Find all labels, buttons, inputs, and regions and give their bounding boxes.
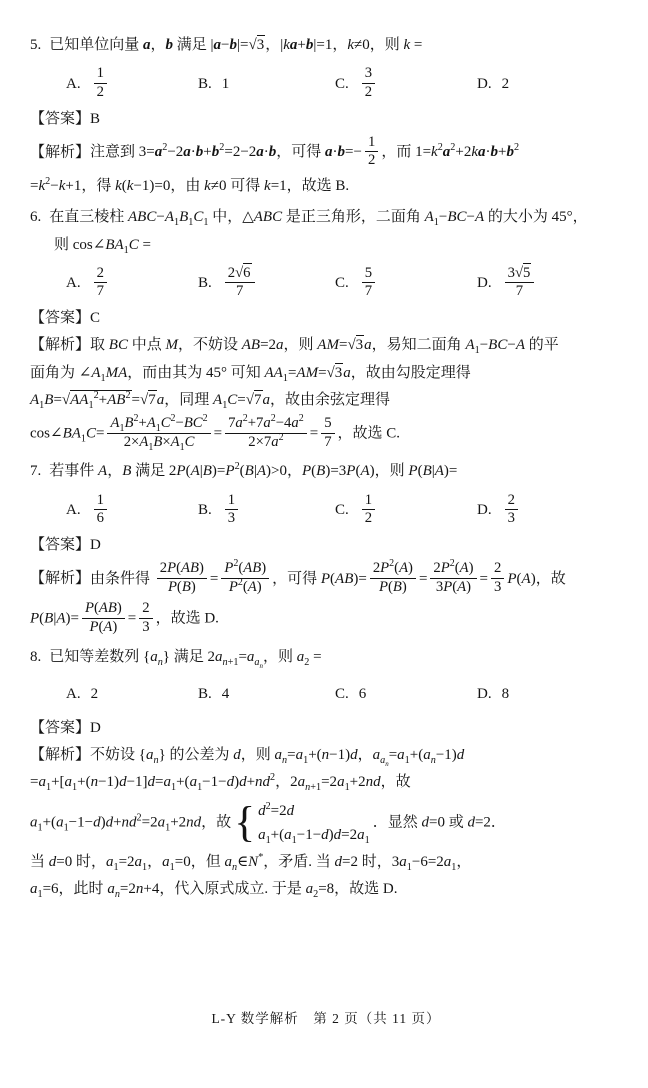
question-stem-text: 在直三棱柱 ABC−A1B1C1 中，△ABC 是正三角形，二面角 A1−BC−… <box>49 206 587 229</box>
option-value: 16 <box>91 493 110 529</box>
option-label: D. <box>477 683 492 706</box>
option-value: 8 <box>502 683 510 706</box>
option-d: D.23 <box>477 493 622 529</box>
option-value: 13 <box>222 493 241 529</box>
option-value: 23 <box>502 493 521 529</box>
option-d: D.8 <box>477 683 622 706</box>
question-8-analysis: 【解析】不妨设 {an} 的公差为 d，则 an=a1+(n−1)d，aan=a… <box>30 744 622 901</box>
option-d: D.3√57 <box>477 266 622 302</box>
analysis-text: 注意到 3=a2−2a·b+b2=2−2a·b，可得 a·b=−12，而 1=k… <box>90 144 519 160</box>
answer-value: D <box>90 537 101 553</box>
option-value: 3√57 <box>502 266 538 302</box>
question-5-stem: 5. 已知单位向量 a，b 满足 |a−b|=√3，|ka+b|=1，k≠0，则… <box>30 34 622 57</box>
answer-value: D <box>90 720 101 736</box>
analysis-line: =a1+[a1+(n−1)d−1]d=a1+(a1−1−d)d+nd2，2an+… <box>30 771 622 794</box>
option-label: B. <box>198 499 212 522</box>
option-a: A.16 <box>66 493 198 529</box>
option-d: D.2 <box>477 73 622 96</box>
option-a: A.12 <box>66 66 198 102</box>
option-value: 27 <box>91 266 110 302</box>
option-a: A.2 <box>66 683 198 706</box>
option-value: 32 <box>359 66 378 102</box>
question-stem-text: 若事件 A，B 满足 2P(A|B)=P2(B|A)>0，P(B)=3P(A)，… <box>49 460 457 483</box>
analysis-label: 【解析】 <box>30 337 90 353</box>
answer-value: B <box>90 111 100 127</box>
question-6-stem: 6. 在直三棱柱 ABC−A1B1C1 中，△ABC 是正三角形，二面角 A1−… <box>30 206 622 229</box>
question-7-analysis: 【解析】由条件得 2P(AB)P(B)=P2(AB)P2(A)，可得 P(AB)… <box>30 561 622 638</box>
option-label: A. <box>66 73 81 96</box>
option-label: B. <box>198 272 212 295</box>
option-label: C. <box>335 272 349 295</box>
question-5-answer: 【答案】B <box>30 108 622 131</box>
question-7-answer: 【答案】D <box>30 534 622 557</box>
analysis-line: cos∠BA1C=A1B2+A1C2−BC22×A1B×A1C=7a2+7a2−… <box>30 416 622 452</box>
question-5-analysis: 【解析】注意到 3=a2−2a·b+b2=2−2a·b，可得 a·b=−12，而… <box>30 135 622 199</box>
analysis-line: a1=6，此时 an=2n+4，代入原式成立. 于是 a2=8，故选 D. <box>30 878 622 901</box>
option-label: C. <box>335 499 349 522</box>
question-7: 7. 若事件 A，B 满足 2P(A|B)=P2(B|A)>0，P(B)=3P(… <box>30 460 622 641</box>
option-b: B.1 <box>198 73 335 96</box>
question-5-options: A.12 B.1 C.32 D.2 <box>30 66 622 102</box>
analysis-line: =k2−k+1，得 k(k−1)=0，由 k≠0 可得 k=1，故选 B. <box>30 175 622 198</box>
question-8: 8. 已知等差数列 {an} 满足 2an+1=aan，则 a2 = A.2 B… <box>30 646 622 906</box>
option-value: 4 <box>222 683 230 706</box>
analysis-line: 【解析】由条件得 2P(AB)P(B)=P2(AB)P2(A)，可得 P(AB)… <box>30 561 622 597</box>
option-value: 12 <box>359 493 378 529</box>
question-6: 6. 在直三棱柱 ABC−A1B1C1 中，△ABC 是正三角形，二面角 A1−… <box>30 206 622 456</box>
option-value: 2√67 <box>222 266 258 302</box>
analysis-line: 【解析】注意到 3=a2−2a·b+b2=2−2a·b，可得 a·b=−12，而… <box>30 135 622 171</box>
analysis-line: a1+(a1−1−d)d+nd2=2a1+2nd，故{d2=2da1+(a1−1… <box>30 799 622 847</box>
option-b: B.2√67 <box>198 266 335 302</box>
question-number: 5. <box>30 34 41 57</box>
analysis-text: 不妨设 {an} 的公差为 d，则 an=a1+(n−1)d，aan=a1+(a… <box>90 747 464 763</box>
question-8-stem: 8. 已知等差数列 {an} 满足 2an+1=aan，则 a2 = <box>30 646 622 669</box>
analysis-text: 由条件得 2P(AB)P(B)=P2(AB)P2(A)，可得 P(AB)=2P2… <box>90 571 566 587</box>
option-label: D. <box>477 73 492 96</box>
question-5: 5. 已知单位向量 a，b 满足 |a−b|=√3，|ka+b|=1，k≠0，则… <box>30 34 622 202</box>
option-c: C.32 <box>335 66 477 102</box>
question-number: 8. <box>30 646 41 669</box>
option-value: 2 <box>502 73 510 96</box>
question-8-answer: 【答案】D <box>30 717 622 740</box>
question-7-options: A.16 B.13 C.12 D.23 <box>30 493 622 529</box>
option-value: 2 <box>91 683 99 706</box>
option-label: A. <box>66 683 81 706</box>
question-6-options: A.27 B.2√67 C.57 D.3√57 <box>30 266 622 302</box>
analysis-line: 面角为 ∠A1MA，而由其为 45° 可知 AA1=AM=√3a，故由勾股定理得 <box>30 362 622 385</box>
option-value: 6 <box>359 683 367 706</box>
question-stem-text: 已知等差数列 {an} 满足 2an+1=aan，则 a2 = <box>49 646 321 669</box>
option-c: C.57 <box>335 266 477 302</box>
analysis-line: 【解析】不妨设 {an} 的公差为 d，则 an=a1+(n−1)d，aan=a… <box>30 744 622 767</box>
question-number: 7. <box>30 460 41 483</box>
option-label: C. <box>335 73 349 96</box>
question-6-analysis: 【解析】取 BC 中点 M，不妨设 AB=2a，则 AM=√3a，易知二面角 A… <box>30 334 622 452</box>
answer-value: C <box>90 310 100 326</box>
analysis-label: 【解析】 <box>30 747 90 763</box>
analysis-line: A1B=√AA12+AB2=√7a，同理 A1C=√7a，故由余弦定理得 <box>30 389 622 412</box>
page-footer: L-Y 数学解析 第 2 页（共 11 页） <box>30 1009 622 1088</box>
option-label: A. <box>66 499 81 522</box>
option-c: C.12 <box>335 493 477 529</box>
option-label: B. <box>198 683 212 706</box>
option-value: 1 <box>222 73 230 96</box>
answer-label: 【答案】 <box>30 537 90 553</box>
question-number: 6. <box>30 206 41 229</box>
analysis-line: P(B|A)=P(AB)P(A)=23，故选 D. <box>30 601 622 637</box>
analysis-text: 取 BC 中点 M，不妨设 AB=2a，则 AM=√3a，易知二面角 A1−BC… <box>90 337 559 353</box>
analysis-label: 【解析】 <box>30 571 90 587</box>
option-label: A. <box>66 272 81 295</box>
analysis-line: 【解析】取 BC 中点 M，不妨设 AB=2a，则 AM=√3a，易知二面角 A… <box>30 334 622 357</box>
analysis-line: 当 d=0 时，a1=2a1，a1=0，但 an∈N*，矛盾. 当 d=2 时，… <box>30 851 622 874</box>
question-7-stem: 7. 若事件 A，B 满足 2P(A|B)=P2(B|A)>0，P(B)=3P(… <box>30 460 622 483</box>
option-label: B. <box>198 73 212 96</box>
answer-label: 【答案】 <box>30 720 90 736</box>
question-6-answer: 【答案】C <box>30 307 622 330</box>
option-label: C. <box>335 683 349 706</box>
question-stem-continuation: 则 cos∠BA1C = <box>30 234 622 257</box>
question-8-options: A.2 B.4 C.6 D.8 <box>30 678 622 712</box>
option-value: 12 <box>91 66 110 102</box>
option-b: B.4 <box>198 683 335 706</box>
option-value: 57 <box>359 266 378 302</box>
answer-label: 【答案】 <box>30 310 90 326</box>
option-c: C.6 <box>335 683 477 706</box>
option-b: B.13 <box>198 493 335 529</box>
answer-label: 【答案】 <box>30 111 90 127</box>
option-label: D. <box>477 499 492 522</box>
analysis-label: 【解析】 <box>30 144 90 160</box>
option-label: D. <box>477 272 492 295</box>
document-page: 5. 已知单位向量 a，b 满足 |a−b|=√3，|ka+b|=1，k≠0，则… <box>0 0 648 1088</box>
question-stem-text: 已知单位向量 a，b 满足 |a−b|=√3，|ka+b|=1，k≠0，则 k … <box>49 34 422 57</box>
option-a: A.27 <box>66 266 198 302</box>
